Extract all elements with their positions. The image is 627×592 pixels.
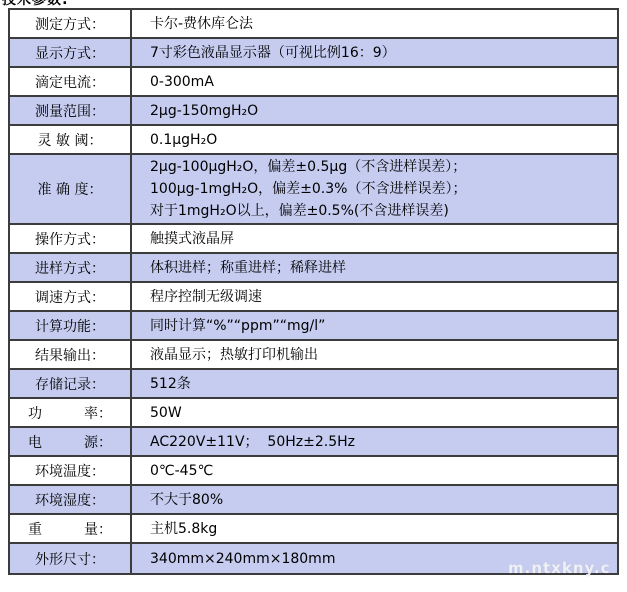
spec-value: AC220V±11V； 50Hz±2.5Hz <box>132 428 617 455</box>
spec-label: 灵 敏 阈： <box>10 126 132 153</box>
spec-value: 7寸彩色液晶显示器（可视比例16：9） <box>132 39 617 66</box>
spec-label: 环境湿度： <box>10 486 132 513</box>
table-row-measure-range: 测量范围： 2μg-150mgH₂O <box>10 97 617 126</box>
table-row-ambient-humidity: 环境湿度： 不大于80% <box>10 486 617 515</box>
spec-label: 结果输出： <box>10 341 132 368</box>
table-row-display-method: 显示方式： 7寸彩色液晶显示器（可视比例16：9） <box>10 39 617 68</box>
table-row-accuracy: 准 确 度： 2μg-100μgH₂O，偏差±0.5μg（不含进样误差）； 10… <box>10 155 617 225</box>
spec-label: 滴定电流： <box>10 68 132 95</box>
spec-value: 体积进样；称重进样；稀释进样 <box>132 254 617 281</box>
table-row-titration-current: 滴定电流： 0-300mA <box>10 68 617 97</box>
table-row-sensitivity: 灵 敏 阈： 0.1μgH₂O <box>10 126 617 155</box>
spec-value: 0.1μgH₂O <box>132 126 617 153</box>
accuracy-line-1: 2μg-100μgH₂O，偏差±0.5μg（不含进样误差）； <box>150 156 613 178</box>
spec-value: 0℃-45℃ <box>132 457 617 484</box>
spec-value: 主机5.8kg <box>132 515 617 542</box>
spec-label: 电 源： <box>10 428 132 455</box>
spec-label: 调速方式： <box>10 283 132 310</box>
spec-label: 测量范围： <box>10 97 132 124</box>
spec-label: 重 量： <box>10 515 132 542</box>
spec-value: 512条 <box>132 370 617 397</box>
table-row-calc-function: 计算功能： 同时计算“%”“ppm”“mg/l” <box>10 312 617 341</box>
spec-value: 2μg-150mgH₂O <box>132 97 617 124</box>
watermark-text: m.ntxkny.c <box>508 559 611 577</box>
spec-label: 操作方式： <box>10 225 132 252</box>
accuracy-line-2: 100μg-1mgH₂O，偏差±0.3%（不含进样误差）； <box>150 178 613 200</box>
spec-label: 显示方式： <box>10 39 132 66</box>
table-row-power-supply: 电 源： AC220V±11V； 50Hz±2.5Hz <box>10 428 617 457</box>
table-row-result-output: 结果输出： 液晶显示；热敏打印机输出 <box>10 341 617 370</box>
heading-fragment-text: 技术参数: <box>2 0 92 7</box>
spec-value: 50W <box>132 399 617 426</box>
spec-label: 外形尺寸： <box>10 544 132 573</box>
spec-value: 程序控制无级调速 <box>132 283 617 310</box>
table-row-sampling-method: 进样方式： 体积进样；称重进样；稀释进样 <box>10 254 617 283</box>
spec-label: 测定方式： <box>10 10 132 37</box>
table-row-speed-control: 调速方式： 程序控制无级调速 <box>10 283 617 312</box>
table-row-storage-records: 存储记录： 512条 <box>10 370 617 399</box>
spec-label: 存储记录： <box>10 370 132 397</box>
spec-value: 不大于80% <box>132 486 617 513</box>
spec-label: 准 确 度： <box>10 155 132 223</box>
spec-value: 同时计算“%”“ppm”“mg/l” <box>132 312 617 339</box>
spec-label: 进样方式： <box>10 254 132 281</box>
spec-value: 触摸式液晶屏 <box>132 225 617 252</box>
table-row-ambient-temperature: 环境温度： 0℃-45℃ <box>10 457 617 486</box>
table-row-weight: 重 量： 主机5.8kg <box>10 515 617 544</box>
spec-label: 功 率： <box>10 399 132 426</box>
spec-value: 0-300mA <box>132 68 617 95</box>
spec-value: 卡尔-费休库仑法 <box>132 10 617 37</box>
spec-value: 液晶显示；热敏打印机输出 <box>132 341 617 368</box>
spec-label: 计算功能： <box>10 312 132 339</box>
table-row-operation-method: 操作方式： 触摸式液晶屏 <box>10 225 617 254</box>
table-row-measure-method: 测定方式： 卡尔-费休库仑法 <box>10 10 617 39</box>
accuracy-line-3: 对于1mgH₂O以上，偏差±0.5%(不含进样误差) <box>150 200 613 222</box>
spec-table: 测定方式： 卡尔-费休库仑法 显示方式： 7寸彩色液晶显示器（可视比例16：9）… <box>8 8 619 575</box>
spec-label: 环境温度： <box>10 457 132 484</box>
clipped-heading: 技术参数: <box>2 0 92 7</box>
table-row-power: 功 率： 50W <box>10 399 617 428</box>
spec-value: 2μg-100μgH₂O，偏差±0.5μg（不含进样误差）； 100μg-1mg… <box>132 155 617 223</box>
